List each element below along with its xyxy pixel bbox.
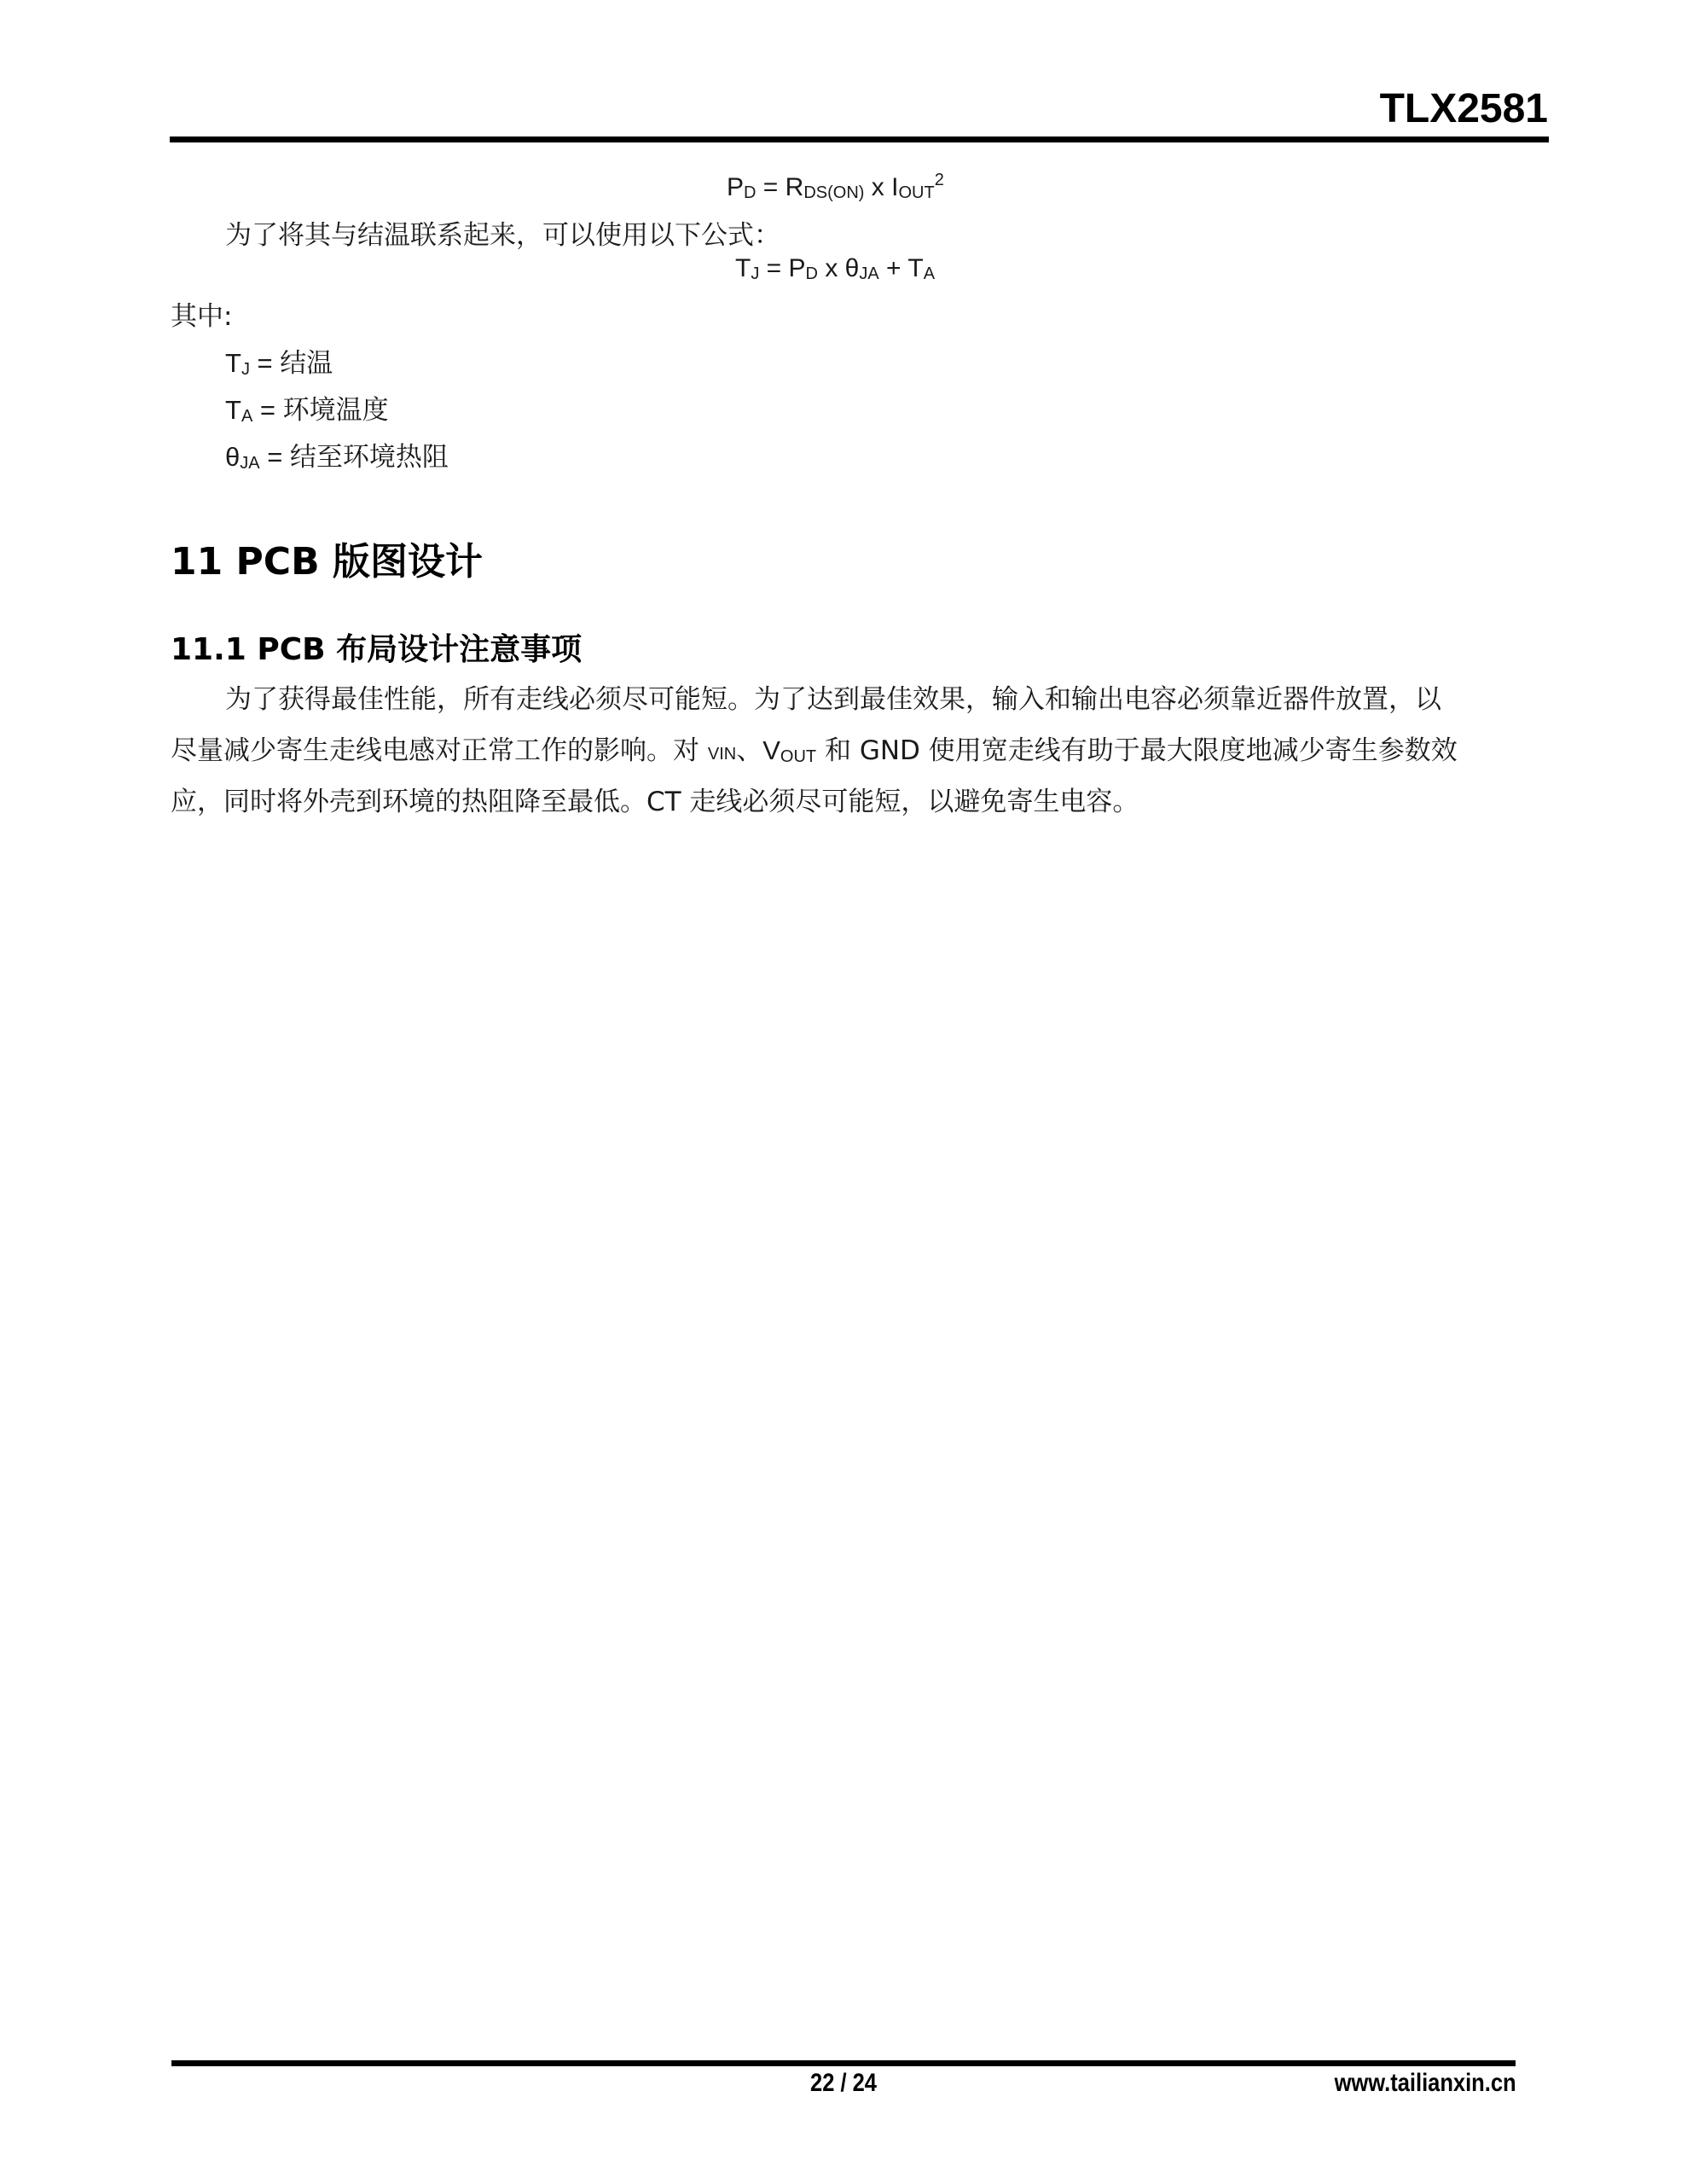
definition-thermal-resistance: θJA = 结至环境热阻	[225, 435, 449, 473]
paragraph-line: 应，同时将外壳到环境的热阻降至最低。CT 走线必须尽可能短，以避免寄生电容。	[171, 776, 1518, 828]
formula-symbol: T	[735, 254, 751, 282]
formula-superscript: 2	[935, 171, 944, 189]
footer-rule	[171, 2060, 1516, 2066]
paragraph-line: 尽量减少寄生走线电感对正常工作的影响。对 VIN、VOUT 和 GND 使用宽走…	[171, 725, 1518, 776]
formula-operator: +	[879, 254, 908, 282]
formula-subscript: D	[806, 264, 818, 283]
vout-subscript: OUT	[780, 747, 816, 766]
formula-subscript: OUT	[898, 183, 934, 202]
formula-subscript: DS(ON)	[803, 183, 864, 202]
formula-subscript: A	[924, 264, 935, 283]
formula-operator: x	[818, 254, 845, 282]
where-label: 其中:	[171, 294, 232, 333]
subsection-heading: 11.1 PCB 布局设计注意事项	[171, 625, 582, 669]
definition-equals: =	[260, 442, 290, 472]
junction-temperature-formula: TJ = PD x θJA + TA	[735, 254, 935, 284]
formula-operator: =	[759, 254, 788, 282]
formula-symbol: P	[789, 254, 806, 282]
formula-subscript: J	[751, 264, 759, 283]
intro-sentence: 为了将其与结温联系起来，可以使用以下公式：	[225, 213, 780, 252]
paragraph-text: 尽量减少寄生走线电感对正常工作的影响。对	[171, 735, 708, 766]
footer-website-link[interactable]: www.tailianxin.cn	[1335, 2069, 1516, 2098]
section-heading: 11 PCB 版图设计	[171, 531, 483, 585]
definition-equals: =	[252, 395, 282, 425]
definition-symbol: θ	[225, 442, 240, 472]
power-dissipation-formula: PD = RDS(ON) x IOUT2	[727, 171, 944, 203]
paragraph-line: 为了获得最佳性能，所有走线必须尽可能短。为了达到最佳效果，输入和输出电容必须靠近…	[171, 674, 1518, 725]
header-rule	[170, 136, 1549, 142]
formula-operator: x	[864, 173, 891, 201]
definition-equals: =	[250, 348, 280, 378]
vout-label: V	[762, 735, 780, 765]
definition-subscript: JA	[240, 454, 259, 473]
formula-symbol: T	[907, 254, 923, 282]
vin-label: VIN	[708, 745, 736, 764]
formula-symbol: θ	[845, 254, 860, 282]
definition-symbol: T	[225, 348, 241, 378]
formula-subscript: D	[744, 183, 756, 202]
formula-symbol: P	[727, 173, 744, 201]
definition-ambient-temp: TA = 环境温度	[225, 388, 389, 427]
definition-symbol: T	[225, 395, 241, 425]
paragraph-text: 、	[736, 735, 762, 766]
formula-subscript: JA	[859, 264, 878, 283]
definition-junction-temp: TJ = 结温	[225, 341, 333, 380]
definition-subscript: J	[241, 360, 250, 379]
definition-description: 结温	[280, 348, 333, 379]
layout-guidelines-paragraph: 为了获得最佳性能，所有走线必须尽可能短。为了达到最佳效果，输入和输出电容必须靠近…	[171, 674, 1518, 828]
formula-operator: =	[756, 173, 785, 201]
product-title: TLX2581	[1380, 85, 1548, 132]
formula-symbol: R	[786, 173, 804, 201]
definition-description: 环境温度	[283, 395, 389, 426]
paragraph-text: 和 GND 使用宽走线有助于最大限度地减少寄生参数效	[816, 735, 1458, 766]
definition-description: 结至环境热阻	[290, 442, 449, 473]
definition-subscript: A	[241, 407, 252, 426]
